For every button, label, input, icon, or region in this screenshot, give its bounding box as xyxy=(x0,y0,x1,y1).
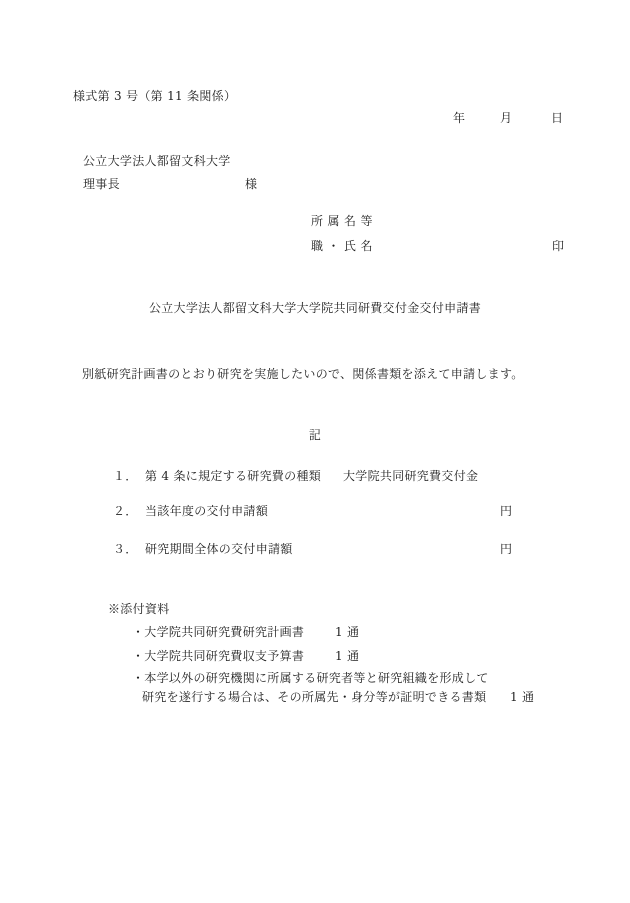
date-month-label: 月 xyxy=(500,111,512,126)
item-number: ３． xyxy=(113,542,138,557)
item-label: 第 4 条に規定する研究費の種類 xyxy=(145,469,321,484)
attachment-text: ・本学以外の研究機関に所属する研究者等と研究組織を形成して xyxy=(132,671,489,686)
item-label: 研究期間全体の交付申請額 xyxy=(145,542,293,557)
item-number: ２． xyxy=(113,504,138,519)
attachment-text: ・大学院共同研究費研究計画書 xyxy=(132,625,304,640)
addressee-title: 理事長 xyxy=(83,177,120,192)
item-value: 大学院共同研究費交付金 xyxy=(343,469,478,484)
attachment-count: 1 通 xyxy=(335,625,359,640)
addressee-organization: 公立大学法人都留文科大学 xyxy=(83,154,231,169)
section-marker: 記 xyxy=(0,428,630,443)
attachment-count: 1 通 xyxy=(510,690,534,705)
item-number: １． xyxy=(113,469,138,484)
item-unit: 円 xyxy=(500,504,512,519)
form-number: 様式第 3 号（第 11 条関係） xyxy=(73,89,236,104)
attachment-text: 研究を遂行する場合は、その所属先・身分等が証明できる書類 xyxy=(142,690,486,705)
addressee-honorific: 様 xyxy=(245,177,257,192)
application-form-page: 様式第 3 号（第 11 条関係） 年 月 日 公立大学法人都留文科大学 理事長… xyxy=(0,0,630,903)
seal-label: 印 xyxy=(552,239,564,254)
item-label: 当該年度の交付申請額 xyxy=(145,504,268,519)
attachment-count: 1 通 xyxy=(335,649,359,664)
attachment-text: ・大学院共同研究費収支予算書 xyxy=(132,649,304,664)
date-day-label: 日 xyxy=(551,111,563,126)
affiliation-label: 所属名等 xyxy=(311,214,377,229)
document-title: 公立大学法人都留文科大学大学院共同研費交付金交付申請書 xyxy=(0,301,630,316)
name-label: 職・氏名 xyxy=(311,239,377,254)
attachments-heading: ※添付資料 xyxy=(108,602,170,617)
item-unit: 円 xyxy=(500,542,512,557)
date-year-label: 年 xyxy=(453,111,465,126)
body-text: 別紙研究計画書のとおり研究を実施したいので、関係書類を添えて申請します。 xyxy=(82,367,524,382)
